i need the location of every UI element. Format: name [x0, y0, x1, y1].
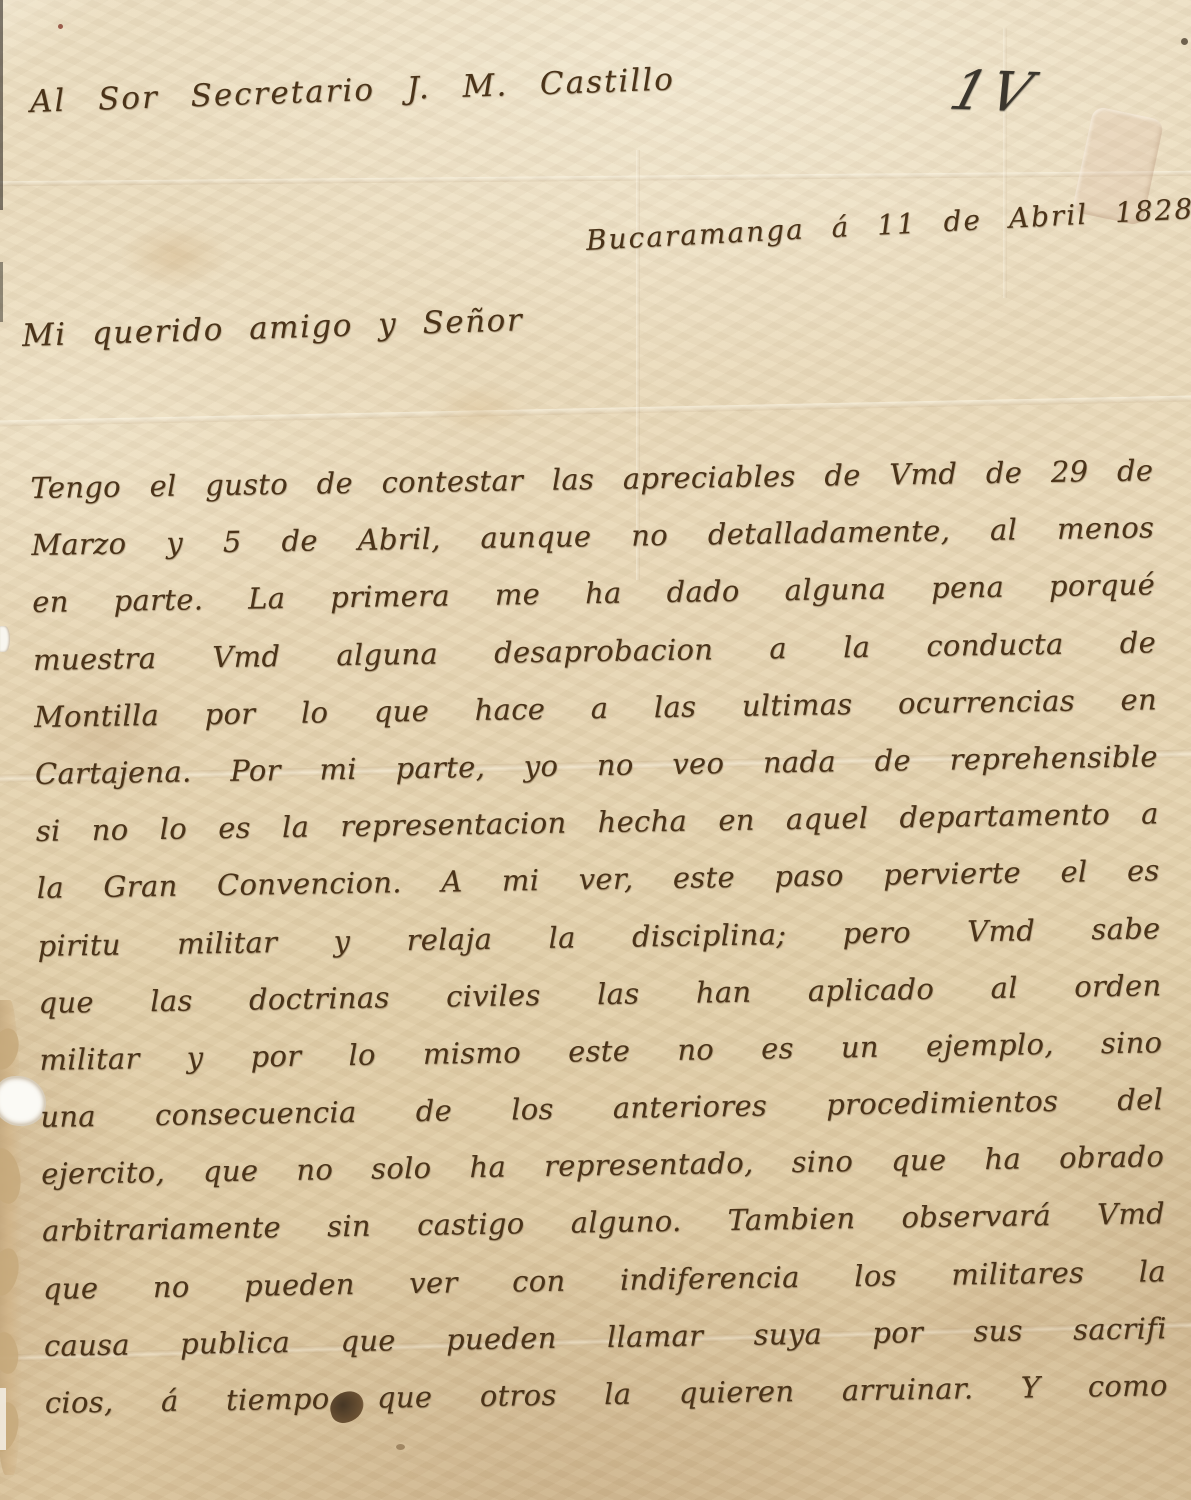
- scanned-letter-page: Al Sor Secretario J. M. Castillo 1V Buca…: [0, 0, 1191, 1500]
- paper-stain: [430, 382, 530, 434]
- letter-body: Tengo el gusto de contestar las apreciab…: [30, 442, 1168, 1432]
- salutation: Mi querido amigo y Señor: [21, 302, 523, 354]
- paper-speck: [396, 1444, 405, 1450]
- horizontal-fold-crease: [0, 171, 1191, 187]
- paper-speck: [1181, 38, 1188, 45]
- dateline: Bucaramanga á 11 de Abril 1828: [585, 192, 1191, 257]
- paper-stain: [120, 222, 230, 290]
- scan-edge-sliver: [0, 262, 3, 322]
- folio-number-annotation: 1V: [943, 59, 1043, 125]
- horizontal-fold-crease: [0, 395, 1191, 426]
- tear-notch: [0, 626, 10, 652]
- recipient-line: Al Sor Secretario J. M. Castillo: [29, 61, 675, 119]
- scan-edge-sliver: [0, 0, 3, 210]
- paper-speck: [58, 24, 63, 29]
- scan-edge-sliver: [0, 1388, 6, 1450]
